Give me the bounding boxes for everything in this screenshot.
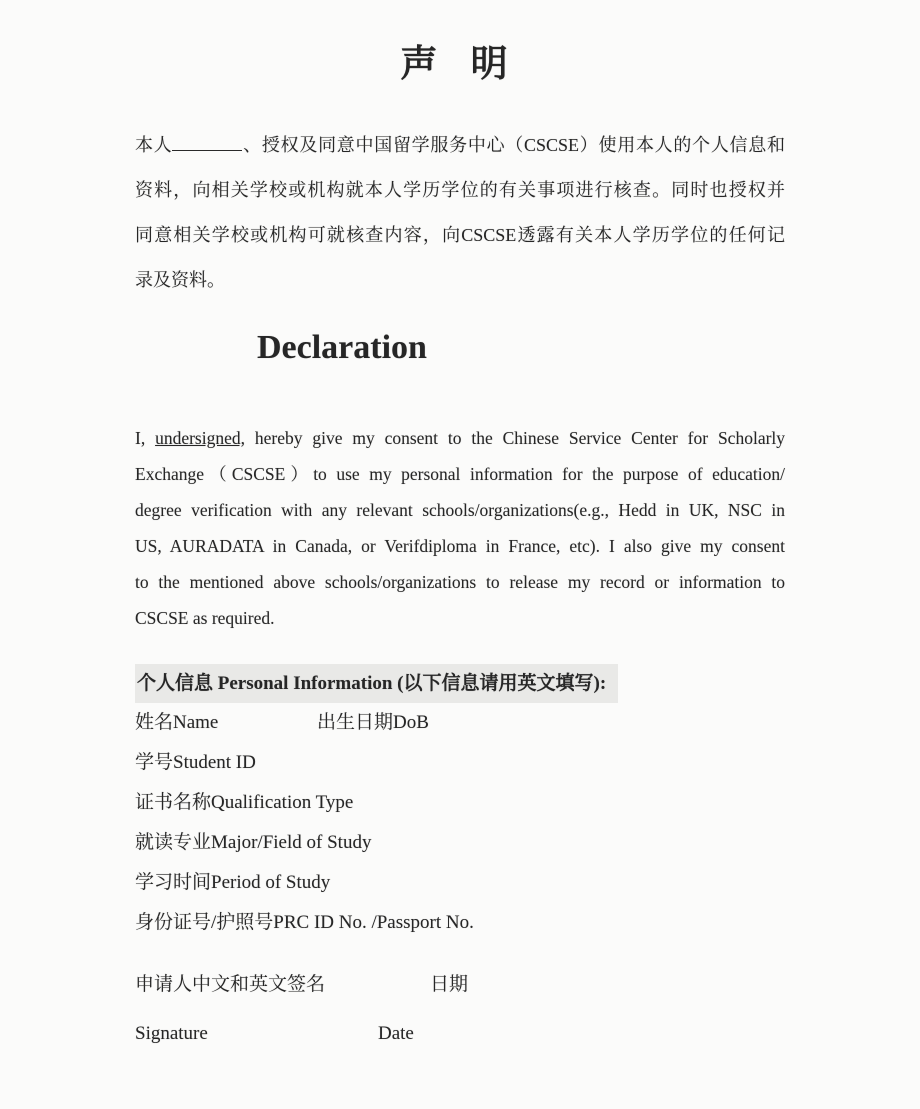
field-label-qualification-type: 证书名称Qualification Type	[135, 791, 785, 814]
en-paragraph-line-4: US, AURADATA in Canada, or Verifdiploma …	[135, 528, 785, 564]
date-label-en: Date	[378, 1023, 414, 1044]
signature-label-en: Signature	[135, 1022, 378, 1045]
field-label-student-id: 学号Student ID	[135, 751, 785, 774]
en-line1-rest: hereby give my consent to the Chinese Se…	[255, 428, 785, 448]
undersigned-underlined-text: undersigned,	[155, 428, 245, 448]
field-label-major: 就读专业Major/Field of Study	[135, 831, 785, 854]
personal-info-header: 个人信息 Personal Information (以下信息请用英文填写):	[135, 664, 618, 703]
en-line1-prefix: I,	[135, 428, 145, 448]
cn-line1-prefix: 本人	[135, 135, 172, 155]
personal-info-fields: 姓名Name出生日期DoB 学号Student ID 证书名称Qualifica…	[135, 711, 785, 934]
date-label-cn: 日期	[430, 974, 468, 995]
cn-paragraph-line-1: 本人、授权及同意中国留学服务中心（CSCSE）使用本人的个人信息和	[135, 123, 785, 168]
en-paragraph-line-2: Exchange（CSCSE）to use my personal inform…	[135, 456, 785, 492]
name-blank-line	[172, 149, 242, 151]
cn-paragraph-line-3: 同意相关学校或机构可就核查内容，向CSCSE透露有关本人学历学位的任何记	[135, 213, 785, 258]
signature-section: 申请人中文和英文签名日期 SignatureDate	[135, 973, 785, 1045]
en-paragraph-line-5: to the mentioned above schools/organizat…	[135, 564, 785, 600]
chinese-declaration-paragraph: 本人、授权及同意中国留学服务中心（CSCSE）使用本人的个人信息和 资料，向相关…	[135, 123, 785, 303]
field-row-name-dob: 姓名Name出生日期DoB	[135, 711, 785, 734]
en-paragraph-line-3: degree verification with any relevant sc…	[135, 492, 785, 528]
declaration-heading: Declaration	[257, 325, 785, 371]
en-paragraph-line-6: CSCSE as required.	[135, 600, 785, 636]
cn-paragraph-line-2: 资料，向相关学校或机构就本人学历学位的有关事项进行核查。同时也授权并	[135, 168, 785, 213]
signature-row-chinese: 申请人中文和英文签名日期	[135, 973, 785, 996]
cn-paragraph-line-4: 录及资料。	[135, 258, 785, 303]
signature-row-english: SignatureDate	[135, 1022, 785, 1045]
signature-label-cn: 申请人中文和英文签名	[135, 973, 430, 996]
field-label-name: 姓名Name	[135, 711, 317, 734]
en-paragraph-line-1: I, undersigned, hereby give my consent t…	[135, 420, 785, 456]
field-label-id-passport-no: 身份证号/护照号PRC ID No. /Passport No.	[135, 911, 785, 934]
field-label-period-of-study: 学习时间Period of Study	[135, 871, 785, 894]
declaration-document: 声 明 本人、授权及同意中国留学服务中心（CSCSE）使用本人的个人信息和 资料…	[0, 0, 920, 1045]
field-label-dob: 出生日期DoB	[317, 712, 429, 733]
document-title-chinese: 声 明	[135, 0, 785, 90]
cn-line1-rest: 、授权及同意中国留学服务中心（CSCSE）使用本人的个人信息和	[242, 135, 785, 155]
english-declaration-paragraph: I, undersigned, hereby give my consent t…	[135, 420, 785, 636]
